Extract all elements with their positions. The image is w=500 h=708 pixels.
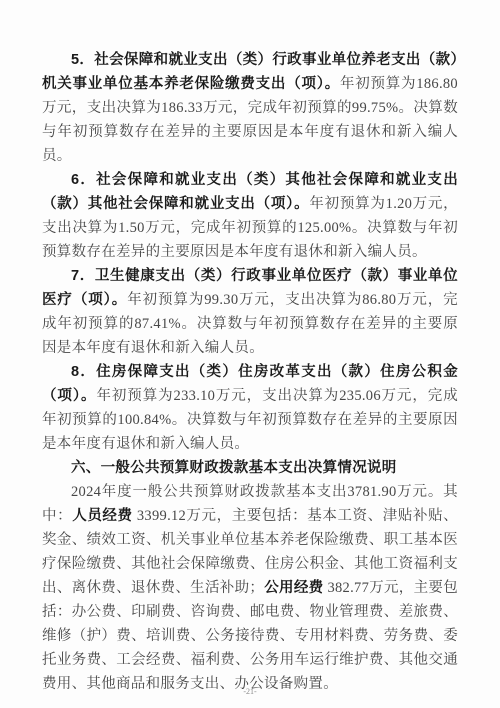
document-body: 5．社会保障和就业支出（类）行政事业单位养老支出（款）机关事业单位基本养老保险缴… <box>42 48 458 696</box>
budget-item-paragraph-6: 6．社会保障和就业支出（类）其他社会保障和就业支出（款）其他社会保障和就业支出（… <box>42 168 458 264</box>
expense-term-public: 公用经费 <box>264 580 323 596</box>
section-heading: 六、一般公共预算财政拨款基本支出决算情况说明 <box>42 456 458 480</box>
budget-item-paragraph-7: 7．卫生健康支出（类）行政事业单位医疗（款）事业单位医疗（项）。年初预算为99.… <box>42 264 458 360</box>
budget-item-detail: 年初预算为233.10万元，支出决算为235.06万元，完成年初预算的100.8… <box>42 388 458 452</box>
document-page: 5．社会保障和就业支出（类）行政事业单位养老支出（款）机关事业单位基本养老保险缴… <box>0 0 500 708</box>
budget-item-paragraph-8: 8．住房保障支出（类）住房改革支出（款）住房公积金（项）。年初预算为233.10… <box>42 360 458 456</box>
page-number-footer: -21- <box>0 688 500 696</box>
summary-paragraph: 2024年度一般公共预算财政拨款基本支出3781.90万元。其中：人员经费 33… <box>42 480 458 696</box>
budget-item-paragraph-5: 5．社会保障和就业支出（类）行政事业单位养老支出（款）机关事业单位基本养老保险缴… <box>42 48 458 168</box>
summary-text: 382.77万元，主要包括：办公费、印刷费、咨询费、邮电费、物业管理费、差旅费、… <box>42 580 458 692</box>
expense-term-personnel: 人员经费 <box>72 508 132 524</box>
